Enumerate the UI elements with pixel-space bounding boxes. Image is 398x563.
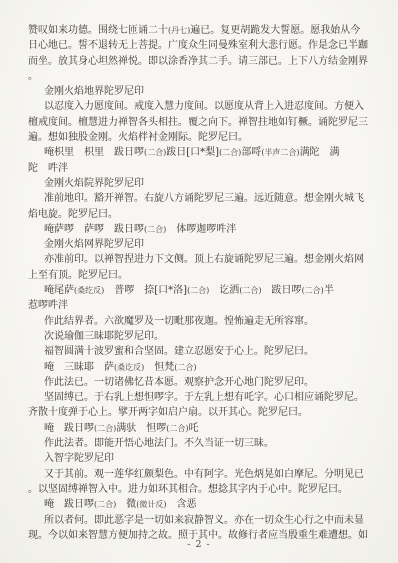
text-line: 齐散十度弹于心上。擘开两字如启户扇。以开其心。陀罗尼曰。 — [28, 405, 374, 420]
text-line: 日心地已。誓不退转无上菩提。广度众生同曼殊室利大悲行愿。作是念已半跏 — [28, 38, 374, 53]
scanned-document-page: 赞叹如来功德。围绕七匝诵二十(丹七)遍已。复更胡跪发大誓愿。愿我始从今日心地已。… — [0, 0, 398, 563]
text-line: 作此法者。即能开悟心地法门。不久当证一切三昧。 — [28, 436, 374, 451]
text-line: 赞叹如来功德。围绕七匝诵二十(丹七)遍已。复更胡跪发大誓愿。愿我始从今 — [28, 23, 374, 38]
text-line: 所以者何。即此恶字是一切如来寂静智义。亦在一切众生心行之中而未显 — [28, 513, 374, 528]
text-line: 。以坚固缚禅智入中。进力如环其相合。想捻其字内于心中。陀罗尼曰。 — [28, 482, 374, 497]
text-line: 焰电旋。陀罗尼曰。 — [28, 207, 374, 222]
text-line: 又于其前。观一莲华红颇梨色。中有阿字。光色炳晃如白摩尼。分明见已 — [28, 467, 374, 482]
mantra-line: 唵枳里 枳里 跋日啰(二合)跋日[口*梨](二合)部哷(半声二合)满陀 满 — [28, 145, 374, 160]
text-line: 坚固缚已。于右乳上想怛啰字。于左乳上想有吒字。心口相应诵陀罗尼。 — [28, 390, 374, 405]
text-line: 作此结界者。六欲魔罗及一切毗那夜迦。惶怖遍走无所容窜。 — [28, 314, 374, 329]
mantra-line: 唵尾萨(桑纥反) 普啰 捺[口*洛](二合) 讫洒(二合) 跋日啰(二合)半 — [28, 283, 374, 298]
section-heading: 金刚火焰网界陀罗尼印 — [28, 237, 374, 252]
text-line: 次说瑜伽三昧耶陀罗尼印。 — [28, 329, 374, 344]
text-line: 福智圆满十波罗蜜和合坚固。建立忍愿安于心上。陀罗尼曰。 — [28, 344, 374, 359]
text-line: 作此法已。一切诸佛忆昔本愿。观察护念开心地门陀罗尼印。 — [28, 375, 374, 390]
text-line: 。 — [28, 69, 374, 84]
section-heading: 金刚火焰院界陀罗尼印 — [28, 176, 374, 191]
text-line: 准前地印。豁开禅智。右旋八方诵陀罗尼三遍。远近随意。想金刚火城飞 — [28, 191, 374, 206]
page-number: - 2 - — [0, 539, 398, 550]
text-line: 上至有顶。陀罗尼曰。 — [28, 268, 374, 283]
text-line: 遍。想如独股金刚。火焰柈衬金刚际。陀罗尼曰。 — [28, 130, 374, 145]
text-line: 而坐。放其身心坦然禅悦。即以涂香净其二手。请三部已。上下八方结金刚界 — [28, 54, 374, 69]
text-line: 惹啰吽泮 — [28, 298, 374, 313]
text-block: 赞叹如来功德。围绕七匝诵二十(丹七)遍已。复更胡跪发大誓愿。愿我始从今日心地已。… — [28, 23, 374, 543]
text-line: 檀戒度间。檀慧进力禅智各头相拄。覆之向下。禅智拄地如钉橛。诵陀罗尼三 — [28, 115, 374, 130]
text-line: 陀 吽泮 — [28, 161, 374, 176]
section-heading: 入智字陀罗尼印 — [28, 451, 374, 466]
mantra-line: 唵 三昧耶 萨(桑讫反) 怛梵(二合) — [28, 360, 374, 375]
text-line: 以忍度入力愿度间。戒度入慧力度间。以愿度从背上入进忍度间。方便入 — [28, 99, 374, 114]
mantra-line: 唵 跋日啰(二合)满驮 怛啰(二合)吒 — [28, 421, 374, 436]
text-line: 亦准前印。以禅智捏进力下文侧。顶上右旋诵陀罗尼三遍。想金刚火焰网 — [28, 252, 374, 267]
section-heading: 金刚火焰地界陀罗尼印 — [28, 84, 374, 99]
mantra-line: 唵萨啰 萨啰 跋日啰(二合) 体啰迦啰吽泮 — [28, 222, 374, 237]
mantra-line: 唵 跋日啰(二合) 微(微计反) 含恶 — [28, 497, 374, 512]
